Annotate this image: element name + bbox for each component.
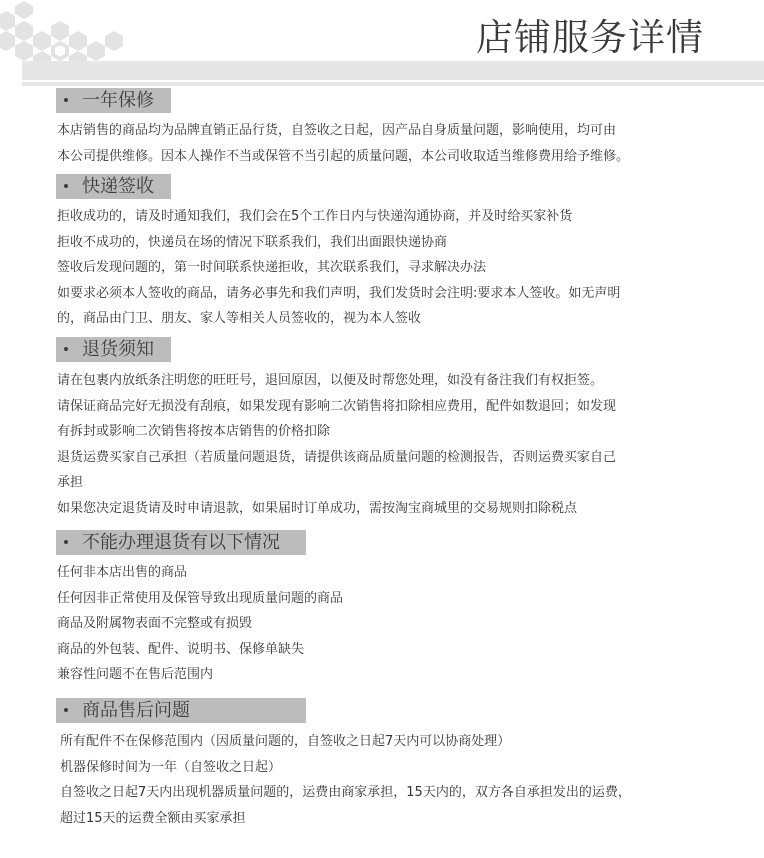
text-line: 自签收之日起7天内出现机器质量问题的，运费由商家承担，15天内的，双方各自承担发… (60, 780, 720, 806)
text-line: 退货运费买家自己承担（若质量问题退货，请提供该商品质量问题的检测报告，否则运费买… (57, 445, 717, 471)
text-line: 商品及附属物表面不完整或有损毁 (57, 611, 717, 637)
text-line: 任何因非正常使用及保管导致出现质量问题的商品 (57, 586, 717, 612)
section-body-delivery: 拒收成功的，请及时通知我们，我们会在5个工作日内与快递沟通协商，并及时给买家补货… (57, 204, 717, 332)
text-line: 的，商品由门卫、朋友、家人等相关人员签收的，视为本人签收 (57, 306, 717, 332)
text-line: 商品的外包装、配件、说明书、保修单缺失 (57, 637, 717, 663)
section-body-returns: 请在包裹内放纸条注明您的旺旺号，退回原因，以便及时帮您处理，如没有备注我们有权拒… (57, 368, 717, 521)
page-banner: 店铺服务详情 (0, 0, 764, 90)
text-line: 本公司提供维修。因本人操作不当或保管不当引起的质量问题，本公司收取适当维修费用给… (57, 144, 717, 170)
bullet-icon (64, 540, 68, 544)
text-line: 请保证商品完好无损没有刮痕，如果发现有影响二次销售将扣除相应费用，配件如数退回；… (57, 394, 717, 420)
bullet-icon (64, 184, 68, 188)
text-line: 任何非本店出售的商品 (57, 560, 717, 586)
section-title: 商品售后问题 (82, 700, 190, 721)
section-header-after-sales: 商品售后问题 (56, 698, 306, 723)
text-line: 所有配件不在保修范围内（因质量问题的，自签收之日起7天内可以协商处理） (60, 729, 720, 755)
section-body-no-returns: 任何非本店出售的商品 任何因非正常使用及保管导致出现质量问题的商品 商品及附属物… (57, 560, 717, 688)
section-body-warranty: 本店销售的商品均为品牌直销正品行货，自签收之日起，因产品自身质量问题，影响使用，… (57, 118, 717, 169)
section-header-delivery: 快递签收 (56, 174, 171, 199)
section-title: 退货须知 (82, 339, 154, 360)
section-title: 快递签收 (82, 176, 154, 197)
text-line: 有拆封或影响二次销售将按本店销售的价格扣除 (57, 419, 717, 445)
text-line: 承担 (57, 470, 717, 496)
text-line: 拒收成功的，请及时通知我们，我们会在5个工作日内与快递沟通协商，并及时给买家补货 (57, 204, 717, 230)
page-title: 店铺服务详情 (476, 16, 704, 60)
text-line: 请在包裹内放纸条注明您的旺旺号，退回原因，以便及时帮您处理，如没有备注我们有权拒… (57, 368, 717, 394)
section-header-warranty: 一年保修 (56, 88, 171, 113)
text-line: 如果您决定退货请及时申请退款，如果届时订单成功，需按淘宝商城里的交易规则扣除税点 (57, 496, 717, 522)
text-line: 签收后发现问题的，第一时间联系快递拒收，其次联系我们，寻求解决办法 (57, 255, 717, 281)
section-body-after-sales: 所有配件不在保修范围内（因质量问题的，自签收之日起7天内可以协商处理） 机器保修… (60, 729, 720, 831)
bullet-icon (64, 347, 68, 351)
section-header-returns: 退货须知 (56, 337, 171, 362)
text-line: 超过15天的运费全额由买家承担 (60, 806, 720, 832)
text-line: 兼容性问题不在售后范围内 (57, 662, 717, 688)
bullet-icon (64, 98, 68, 102)
header-divider (22, 82, 764, 86)
text-line: 机器保修时间为一年（自签收之日起） (60, 755, 720, 781)
text-line: 本店销售的商品均为品牌直销正品行货，自签收之日起，因产品自身质量问题，影响使用，… (57, 118, 717, 144)
text-line: 拒收不成功的，快递员在场的情况下联系我们，我们出面跟快递协商 (57, 230, 717, 256)
header-band (22, 61, 764, 80)
section-title: 不能办理退货有以下情况 (82, 532, 280, 553)
text-line: 如要求必须本人签收的商品，请务必事先和我们声明，我们发货时会注明:要求本人签收。… (57, 281, 717, 307)
section-header-no-returns: 不能办理退货有以下情况 (56, 530, 306, 555)
section-title: 一年保修 (82, 90, 154, 111)
bullet-icon (64, 708, 68, 712)
